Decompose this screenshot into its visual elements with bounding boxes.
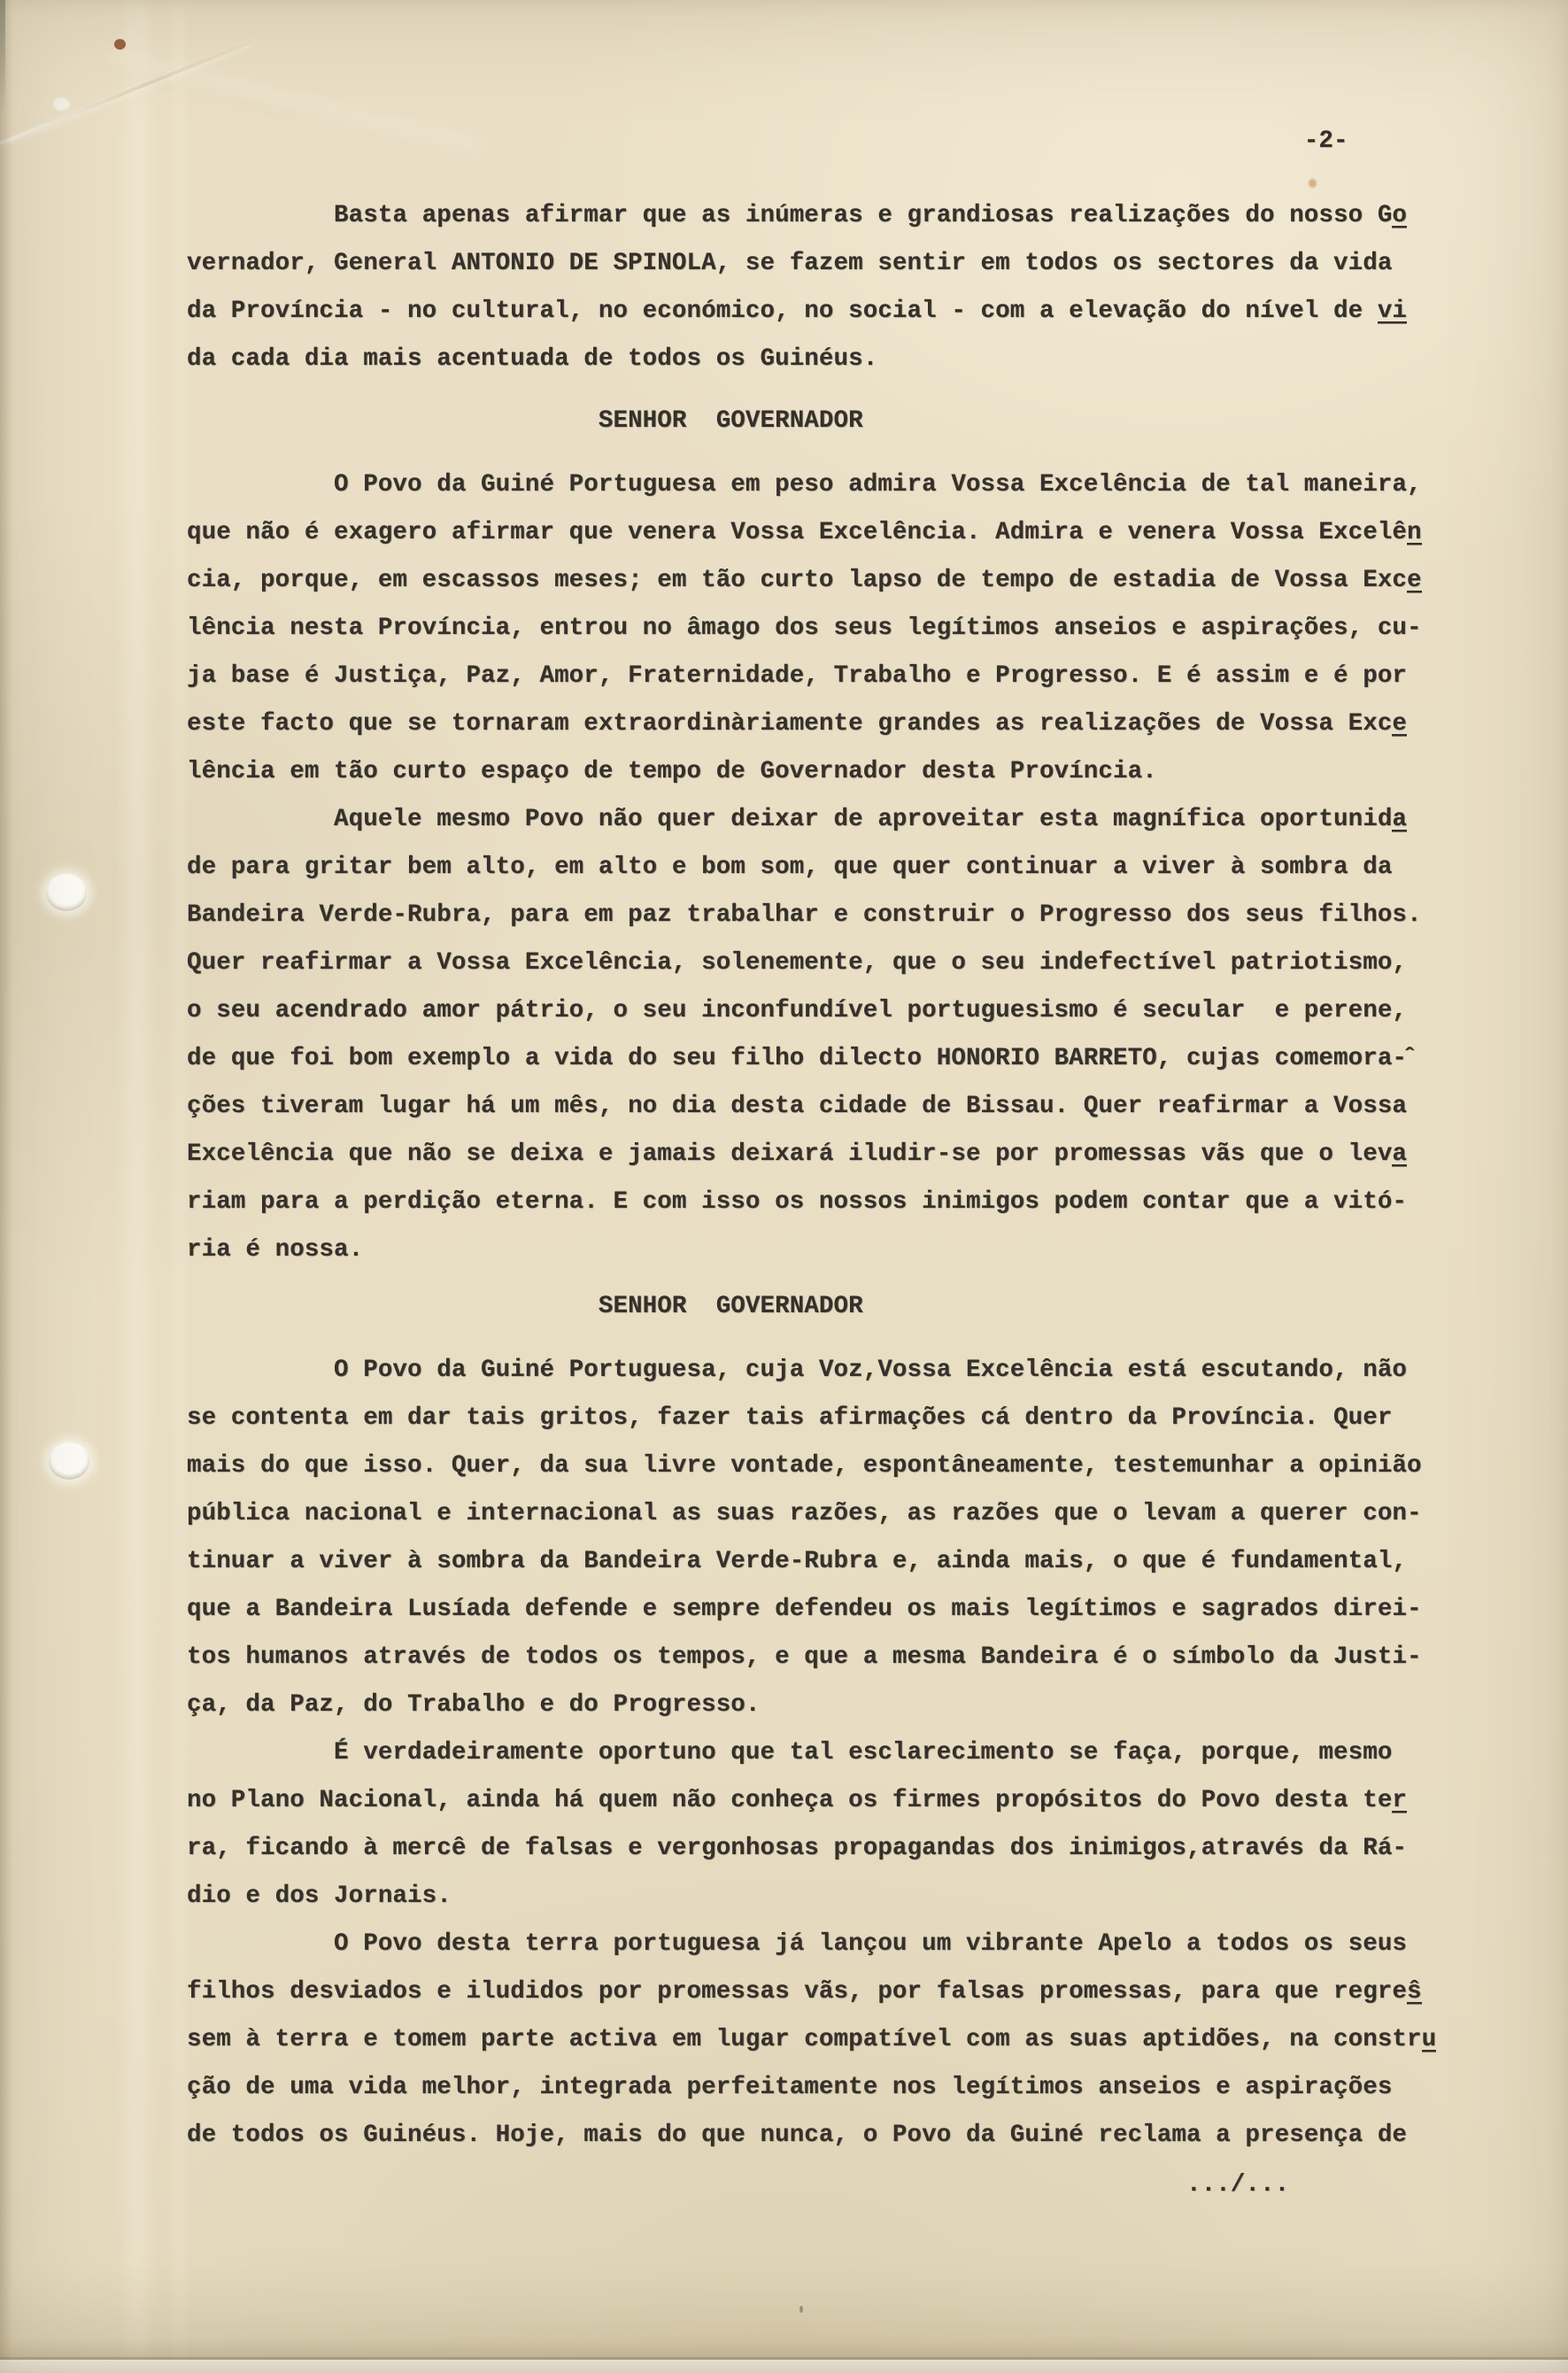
- text-line: tos humanos através de todos os tempos, …: [187, 1642, 1422, 1673]
- text-line: O Povo da Guiné Portuguesa em peso admir…: [187, 469, 1422, 501]
- text-line: que a Bandeira Lusíada defende e sempre …: [187, 1594, 1422, 1626]
- document-page: -2- Basta apenas afirmar que as inúmeras…: [0, 0, 1568, 2373]
- text-line: mais do que isso. Quer, da sua livre von…: [187, 1450, 1422, 1482]
- paper-speck: [114, 39, 126, 50]
- text-line: riam para a perdição eterna. E com isso …: [187, 1186, 1407, 1218]
- text-line: Aquele mesmo Povo não quer deixar de apr…: [187, 804, 1407, 836]
- text-line: pública nacional e internacional as suas…: [187, 1498, 1422, 1530]
- text-line: sem à terra e tomem parte activa em luga…: [187, 2024, 1436, 2056]
- text-line: que não é exagero afirmar que venera Vos…: [187, 517, 1422, 549]
- text-line: lência nesta Província, entrou no âmago …: [187, 613, 1422, 645]
- text-line: ça, da Paz, do Trabalho e do Progresso.: [187, 1689, 761, 1721]
- text-line: no Plano Nacional, ainda há quem não con…: [187, 1785, 1407, 1817]
- continuation-mark: .../...: [187, 2169, 1289, 2201]
- text-line: este facto que se tornaram extraordinàri…: [187, 708, 1407, 740]
- text-line: Excelência que não se deixa e jamais dei…: [187, 1139, 1407, 1171]
- paper-speck: [1309, 179, 1317, 188]
- text-line: ra, ficando à mercê de falsas e vergonho…: [187, 1833, 1407, 1865]
- paper-speck: [54, 98, 69, 110]
- section-heading: SENHOR GOVERNADOR: [187, 406, 863, 437]
- text-line: dio e dos Jornais.: [187, 1881, 452, 1913]
- text-line: de para gritar bem alto, em alto e bom s…: [187, 852, 1392, 884]
- text-line: ja base é Justiça, Paz, Amor, Fraternida…: [187, 661, 1407, 692]
- text-line: Basta apenas afirmar que as inúmeras e g…: [187, 200, 1407, 232]
- text-line: cia, porque, em escassos meses; em tão c…: [187, 565, 1422, 597]
- page-number: -2-: [187, 126, 1348, 158]
- paper-left-edge-shadow: [0, 0, 12, 2373]
- text-line: lência em tão curto espaço de tempo de G…: [187, 756, 1157, 788]
- paper-bottom-shadow: [0, 2263, 1568, 2357]
- text-line: da cada dia mais acentuada de todos os G…: [187, 344, 877, 375]
- text-line: da Província - no cultural, no económico…: [187, 296, 1407, 328]
- surface-below-page: [0, 2360, 1568, 2373]
- text-line: O Povo desta terra portuguesa já lançou …: [187, 1929, 1407, 1960]
- text-line: Quer reafirmar a Vossa Excelência, solen…: [187, 947, 1407, 979]
- punch-hole: [49, 1442, 89, 1480]
- paper-streak: [174, 0, 184, 2373]
- text-line: É verdadeiramente oportuno que tal escla…: [187, 1737, 1392, 1769]
- text-line: ções tiveram lugar há um mês, no dia des…: [187, 1091, 1407, 1123]
- text-line: Bandeira Verde-Rubra, para em paz trabal…: [187, 900, 1422, 931]
- text-line: de todos os Guinéus. Hoje, mais do que n…: [187, 2120, 1407, 2152]
- text-line: O Povo da Guiné Portuguesa, cuja Voz,Vos…: [187, 1355, 1407, 1387]
- text-line: se contenta em dar tais gritos, fazer ta…: [187, 1403, 1392, 1434]
- text-line: tinuar a viver à sombra da Bandeira Verd…: [187, 1546, 1407, 1578]
- text-line: de que foi bom exemplo a vida do seu fil…: [187, 1043, 1407, 1075]
- punch-hole: [46, 874, 87, 911]
- paper-streak: [126, 0, 149, 2373]
- text-line: o seu acendrado amor pátrio, o seu incon…: [187, 995, 1407, 1027]
- text-line: vernador, General ANTONIO DE SPINOLA, se…: [187, 248, 1392, 280]
- text-line: ria é nossa.: [187, 1234, 363, 1266]
- text-line: filhos desviados e iludidos por promessa…: [187, 1976, 1422, 2008]
- section-heading: SENHOR GOVERNADOR: [187, 1291, 863, 1323]
- text-line: ção de uma vida melhor, integrada perfei…: [187, 2072, 1392, 2104]
